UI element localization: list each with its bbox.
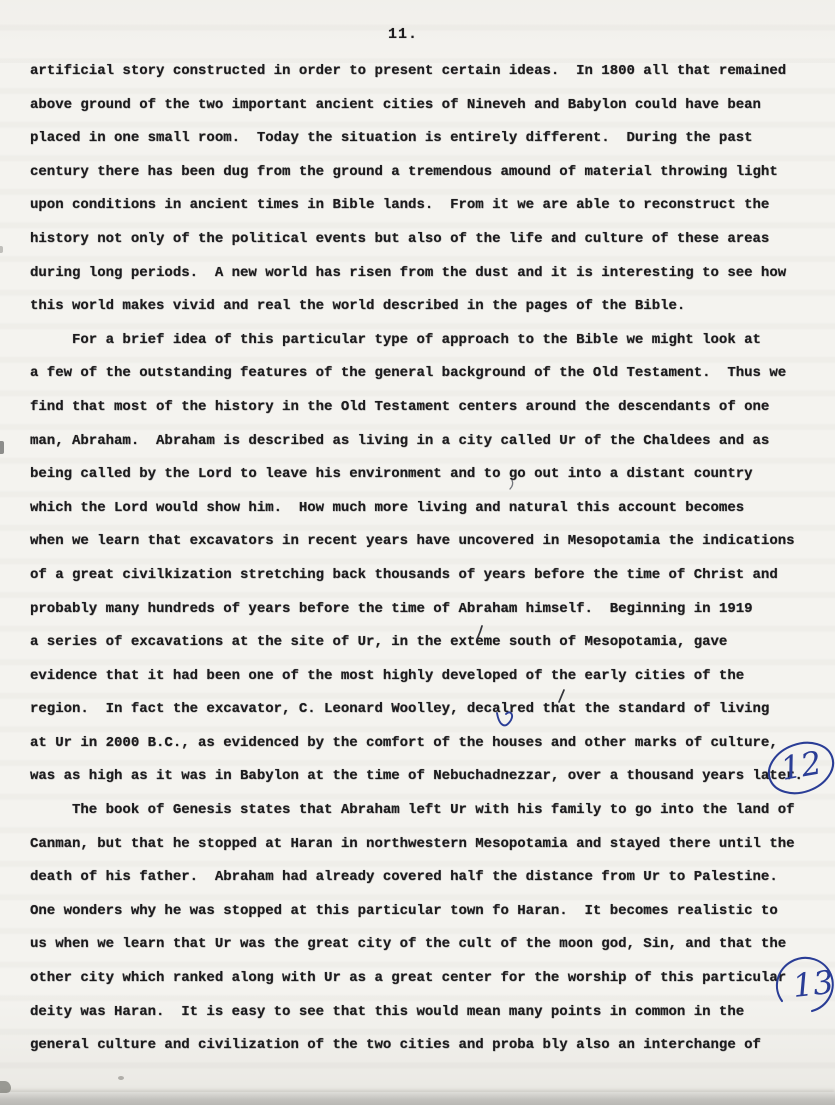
text-line: Canman, but that he stopped at Haran in … xyxy=(30,828,820,862)
text-line: artificial story constructed in order to… xyxy=(30,55,820,89)
page-number: 11. xyxy=(388,26,418,43)
text-line: other city which ranked along with Ur as… xyxy=(30,962,820,996)
text-line: of a great civilkization stretching back… xyxy=(30,559,820,593)
scan-artifact-speck xyxy=(118,1076,124,1080)
typewritten-text-block: artificial story constructed in order to… xyxy=(30,55,820,1063)
text-line: this world makes vivid and real the worl… xyxy=(30,290,820,324)
text-line: For a brief idea of this particular type… xyxy=(30,324,820,358)
scan-bottom-edge xyxy=(0,1092,835,1105)
text-line: century there has been dug from the grou… xyxy=(30,156,820,190)
text-line: when we learn that excavators in recent … xyxy=(30,525,820,559)
text-line: was as high as it was in Babylon at the … xyxy=(30,760,820,794)
text-line: history not only of the political events… xyxy=(30,223,820,257)
text-line: region. In fact the excavator, C. Leonar… xyxy=(30,693,820,727)
text-line: death of his father. Abraham had already… xyxy=(30,861,820,895)
text-line: at Ur in 2000 B.C., as evidenced by the … xyxy=(30,727,820,761)
text-line: general culture and civilization of the … xyxy=(30,1029,820,1063)
text-line: man, Abraham. Abraham is described as li… xyxy=(30,425,820,459)
text-line: find that most of the history in the Old… xyxy=(30,391,820,425)
text-line: probably many hundreds of years before t… xyxy=(30,593,820,627)
scan-artifact-corner xyxy=(0,1081,11,1093)
text-line: One wonders why he was stopped at this p… xyxy=(30,895,820,929)
text-line: above ground of the two important ancien… xyxy=(30,89,820,123)
scan-artifact-left-tick-small xyxy=(0,246,3,253)
text-line: being called by the Lord to leave his en… xyxy=(30,458,820,492)
text-line: upon conditions in ancient times in Bibl… xyxy=(30,189,820,223)
text-line: which the Lord would show him. How much … xyxy=(30,492,820,526)
text-line: evidence that it had been one of the mos… xyxy=(30,660,820,694)
text-line: us when we learn that Ur was the great c… xyxy=(30,928,820,962)
text-line: during long periods. A new world has ris… xyxy=(30,257,820,291)
scanned-document-page: { "document": { "page_number": "11.", "b… xyxy=(0,0,835,1105)
scan-artifact-left-tick xyxy=(0,441,4,454)
text-line: deity was Haran. It is easy to see that … xyxy=(30,996,820,1030)
text-line: The book of Genesis states that Abraham … xyxy=(30,794,820,828)
text-line: a few of the outstanding features of the… xyxy=(30,357,820,391)
text-line: placed in one small room. Today the situ… xyxy=(30,122,820,156)
text-line: a series of excavations at the site of U… xyxy=(30,626,820,660)
